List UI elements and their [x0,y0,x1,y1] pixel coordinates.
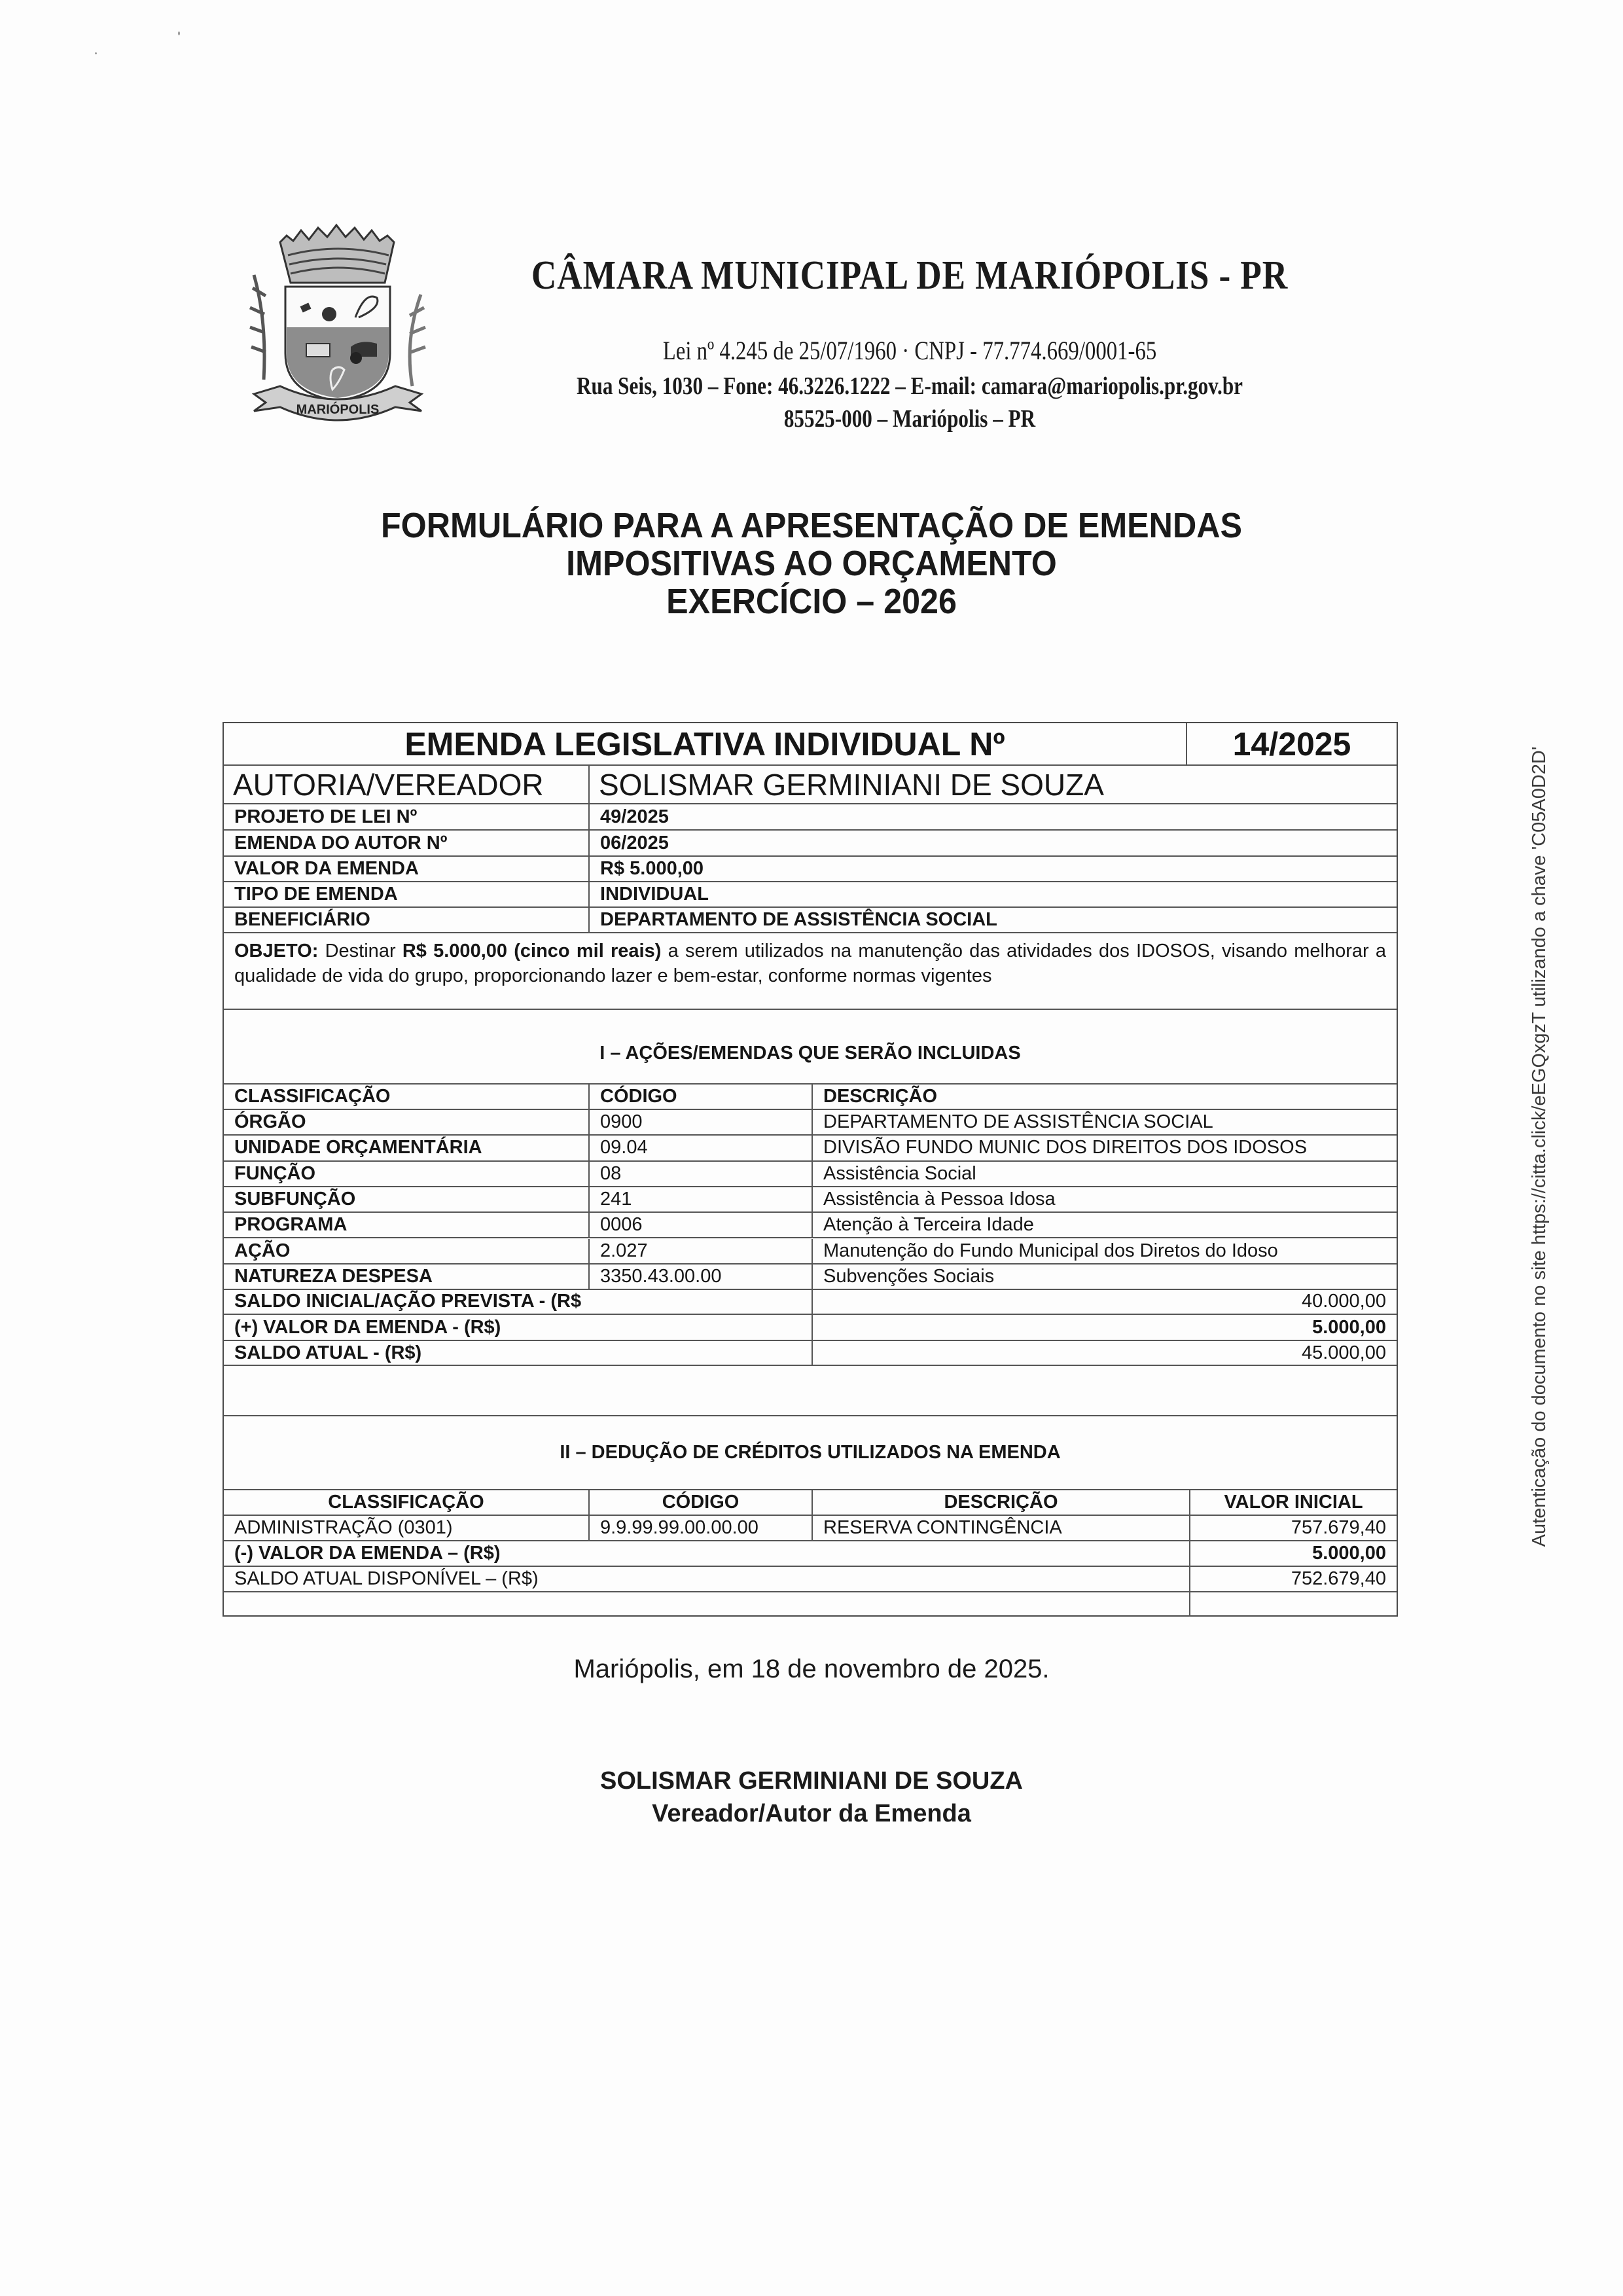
address-contact: Rua Seis, 1030 – Fone: 46.3226.1222 – E-… [539,372,1280,401]
svg-text:MARIÓPOLIS: MARIÓPOLIS [296,401,380,417]
field-label: VALOR DA EMENDA [224,857,588,881]
autoria-row: AUTORIA/VEREADOR SOLISMAR GERMINIANI DE … [224,766,1397,804]
field-row: TIPO DE EMENDAINDIVIDUAL [224,882,1397,908]
section-2-header-row: CLASSIFICAÇÃO CÓDIGO DESCRIÇÃO VALOR INI… [224,1490,1397,1516]
field-row: PROJETO DE LEI Nº49/2025 [224,804,1397,831]
s1-total-value: 5.000,00 [811,1315,1397,1340]
s1-header-descricao: DESCRIÇÃO [811,1085,1397,1109]
signer-name: SOLISMAR GERMINIANI DE SOUZA [0,1767,1623,1795]
s1-classificacao: PROGRAMA [224,1213,588,1237]
s1-table-row: UNIDADE ORÇAMENTÁRIA09.04 DIVISÃO FUNDO … [224,1136,1397,1161]
s2-header-codigo: CÓDIGO [588,1490,811,1515]
scan-speck [95,52,97,54]
autoria-label: AUTORIA/VEREADOR [224,766,588,803]
field-value: 06/2025 [588,831,1397,855]
s1-total-label: (+) VALOR DA EMENDA - (R$) [224,1315,811,1340]
document-page: MARIÓPOLIS CÂMARA MUNICIPAL DE MARIÓPOLI… [0,0,1623,2296]
law-and-cnpj: Lei nº 4.245 de 25/07/1960 · CNPJ - 77.7… [539,335,1280,366]
s1-codigo: 241 [588,1187,811,1211]
s1-classificacao: FUNÇÃO [224,1162,588,1186]
s1-total-value: 40.000,00 [811,1289,1397,1314]
s1-descricao: DIVISÃO FUNDO MUNIC DOS DIREITOS DOS IDO… [811,1136,1397,1160]
s1-descricao: Assistência Social [811,1162,1397,1186]
s1-descricao: Assistência à Pessoa Idosa [811,1187,1397,1211]
s2-total-row: SALDO ATUAL DISPONÍVEL – (R$)752.679,40 [224,1567,1397,1592]
field-value: INDIVIDUAL [588,882,1397,906]
s2-header-valor: VALOR INICIAL [1189,1490,1397,1515]
s1-classificacao: ÓRGÃO [224,1110,588,1134]
field-value: DEPARTAMENTO DE ASSISTÊNCIA SOCIAL [588,908,1397,932]
s1-table-row: NATUREZA DESPESA3350.43.00.00Subvenções … [224,1265,1397,1290]
s1-descricao: DEPARTAMENTO DE ASSISTÊNCIA SOCIAL [811,1110,1397,1134]
s1-total-label: SALDO ATUAL - (R$) [224,1341,811,1365]
s1-total-row: SALDO ATUAL - (R$)45.000,00 [224,1341,1397,1366]
s1-classificacao: AÇÃO [224,1239,588,1263]
emenda-title: EMENDA LEGISLATIVA INDIVIDUAL Nº [224,723,1186,764]
s1-table-row: PROGRAMA0006Atenção à Terceira Idade [224,1213,1397,1238]
s2-codigo: 9.9.99.99.00.00.00 [588,1516,811,1540]
s2-classificacao: ADMINISTRAÇÃO (0301) [224,1516,588,1540]
s1-codigo: 0006 [588,1213,811,1237]
signer-role: Vereador/Autor da Emenda [0,1800,1623,1828]
s2-header-descricao: DESCRIÇÃO [811,1490,1189,1515]
coat-of-arms-logo: MARIÓPOLIS [241,223,434,422]
field-label: BENEFICIÁRIO [224,908,588,932]
field-value: R$ 5.000,00 [588,857,1397,881]
autoria-value: SOLISMAR GERMINIANI DE SOUZA [588,766,1397,803]
field-label: PROJETO DE LEI Nº [224,804,588,829]
objeto-label: OBJETO: [234,941,318,961]
s1-table-row: ÓRGÃO0900DEPARTAMENTO DE ASSISTÊNCIA SOC… [224,1110,1397,1136]
objeto-row: OBJETO: Destinar R$ 5.000,00 (cinco mil … [224,933,1397,1010]
s1-table-row: AÇÃO2.027Manutenção do Fundo Municipal d… [224,1239,1397,1265]
place-date: Mariópolis, em 18 de novembro de 2025. [0,1655,1623,1684]
s2-descricao: RESERVA CONTINGÊNCIA [811,1516,1189,1540]
s1-codigo: 3350.43.00.00 [588,1265,811,1289]
s2-blank-row [224,1592,1397,1617]
s1-classificacao: UNIDADE ORÇAMENTÁRIA [224,1136,588,1160]
objeto-text: OBJETO: Destinar R$ 5.000,00 (cinco mil … [224,933,1397,1009]
s1-table-row: SUBFUNÇÃO241Assistência à Pessoa Idosa [224,1187,1397,1213]
s1-table-row: FUNÇÃO08Assistência Social [224,1162,1397,1187]
s1-header-classificacao: CLASSIFICAÇÃO [224,1085,588,1109]
section-2-title-row: II – DEDUÇÃO DE CRÉDITOS UTILIZADOS NA E… [224,1416,1397,1490]
cep-city: 85525-000 – Mariópolis – PR [539,404,1280,433]
section-2-title: II – DEDUÇÃO DE CRÉDITOS UTILIZADOS NA E… [224,1416,1397,1489]
s2-data-row: ADMINISTRAÇÃO (0301) 9.9.99.99.00.00.00 … [224,1516,1397,1541]
field-label: TIPO DE EMENDA [224,882,588,906]
institution-name: CÂMARA MUNICIPAL DE MARIÓPOLIS - PR [522,253,1298,299]
s2-total-label: SALDO ATUAL DISPONÍVEL – (R$) [224,1567,1189,1591]
s1-classificacao: SUBFUNÇÃO [224,1187,588,1211]
field-row: VALOR DA EMENDAR$ 5.000,00 [224,857,1397,882]
amendment-table: EMENDA LEGISLATIVA INDIVIDUAL Nº 14/2025… [223,722,1398,1617]
s1-descricao: Manutenção do Fundo Municipal dos Direto… [811,1239,1397,1263]
s2-total-label: (-) VALOR DA EMENDA – (R$) [224,1541,1189,1566]
s1-codigo: 09.04 [588,1136,811,1160]
section-1-title: I – AÇÕES/EMENDAS QUE SERÃO INCLUIDAS [224,1010,1397,1083]
field-row: BENEFICIÁRIODEPARTAMENTO DE ASSISTÊNCIA … [224,908,1397,933]
s2-total-row: (-) VALOR DA EMENDA – (R$)5.000,00 [224,1541,1397,1567]
s1-total-row: (+) VALOR DA EMENDA - (R$)5.000,00 [224,1315,1397,1341]
scan-speck [178,31,180,35]
s2-valor: 757.679,40 [1189,1516,1397,1540]
emenda-title-row: EMENDA LEGISLATIVA INDIVIDUAL Nº 14/2025 [224,723,1397,766]
s1-codigo: 08 [588,1162,811,1186]
field-row: EMENDA DO AUTOR Nº06/2025 [224,831,1397,857]
s1-descricao: Subvenções Sociais [811,1265,1397,1289]
s1-classificacao: NATUREZA DESPESA [224,1265,588,1289]
form-title: FORMULÁRIO PARA A APRESENTAÇÃO DE EMENDA… [196,507,1427,620]
s2-total-value: 752.679,40 [1189,1567,1397,1591]
emenda-number: 14/2025 [1186,723,1397,764]
s1-total-value: 45.000,00 [811,1341,1397,1365]
form-title-line2: IMPOSITIVAS AO ORÇAMENTO [240,545,1383,583]
form-title-line1: FORMULÁRIO PARA A APRESENTAÇÃO DE EMENDA… [240,507,1383,545]
section-1-title-row: I – AÇÕES/EMENDAS QUE SERÃO INCLUIDAS [224,1010,1397,1085]
authentication-notice: Autenticação do documento no site https:… [1529,689,1555,1605]
field-value: 49/2025 [588,804,1397,829]
s1-codigo: 0900 [588,1110,811,1134]
s1-total-label: SALDO INICIAL/AÇÃO PREVISTA - (R$ [224,1289,811,1314]
objeto-amount: R$ 5.000,00 (cinco mil reais) [402,941,662,961]
s1-header-codigo: CÓDIGO [588,1085,811,1109]
s1-descricao: Atenção à Terceira Idade [811,1213,1397,1237]
s1-codigo: 2.027 [588,1239,811,1263]
field-label: EMENDA DO AUTOR Nº [224,831,588,855]
blank-spacer-row [224,1366,1397,1416]
section-1-header-row: CLASSIFICAÇÃO CÓDIGO DESCRIÇÃO [224,1085,1397,1110]
form-title-line3: EXERCÍCIO – 2026 [240,583,1383,620]
s1-total-row: SALDO INICIAL/AÇÃO PREVISTA - (R$40.000,… [224,1289,1397,1315]
s2-header-classificacao: CLASSIFICAÇÃO [224,1490,588,1515]
s2-total-value: 5.000,00 [1189,1541,1397,1566]
